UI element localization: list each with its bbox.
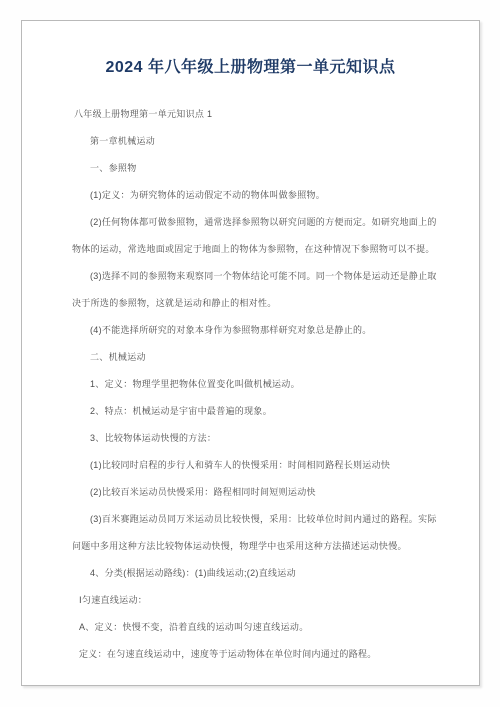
paragraph: (1)比较同时启程的步行人和骑车人的快慢采用：时间相同路程长则运动快 [72,452,445,479]
paragraph: (2)比较百米运动员快慢采用：路程相同时间短则运动快 [72,479,445,506]
paragraph: 八年级上册物理第一单元知识点 1 [72,101,445,128]
paragraph: (3)选择不同的参照物来观察同一个物体结论可能不同。同一个物体是运动还是静止取决… [72,263,445,317]
document-canvas: 2024 年八年级上册物理第一单元知识点 八年级上册物理第一单元知识点 1第一章… [0,0,500,707]
paragraph: Ⅰ匀速直线运动： [72,587,445,614]
paragraph: 二、机械运动 [72,344,445,371]
paragraph: (1)定义：为研究物体的运动假定不动的物体叫做参照物。 [72,182,445,209]
paragraph: (4)不能选择所研究的对象本身作为参照物那样研究对象总是静止的。 [72,317,445,344]
paragraph: (2)任何物体都可做参照物，通常选择参照物以研究问题的方便而定。如研究地面上的物… [72,209,445,263]
paragraph: 3、比较物体运动快慢的方法： [72,425,445,452]
paragraph: 1、定义：物理学里把物体位置变化叫做机械运动。 [72,371,445,398]
paragraph: 一、参照物 [72,155,445,182]
paragraph: 第一章机械运动 [72,128,445,155]
page-title: 2024 年八年级上册物理第一单元知识点 [40,58,461,78]
paragraph: 4、分类(根据运动路线)：(1)曲线运动;(2)直线运动 [72,560,445,587]
paragraph: A、定义：快慢不变，沿着直线的运动叫匀速直线运动。 [72,614,445,641]
document-body: 八年级上册物理第一单元知识点 1第一章机械运动一、参照物(1)定义：为研究物体的… [72,101,445,668]
document-page: 2024 年八年级上册物理第一单元知识点 八年级上册物理第一单元知识点 1第一章… [21,20,480,686]
paragraph: (3)百米赛跑运动员同万米运动员比较快慢，采用：比较单位时间内通过的路程。实际问… [72,506,445,560]
paragraph: 定义：在匀速直线运动中，速度等于运动物体在单位时间内通过的路程。 [72,641,445,668]
paragraph: 2、特点：机械运动是宇宙中最普遍的现象。 [72,398,445,425]
